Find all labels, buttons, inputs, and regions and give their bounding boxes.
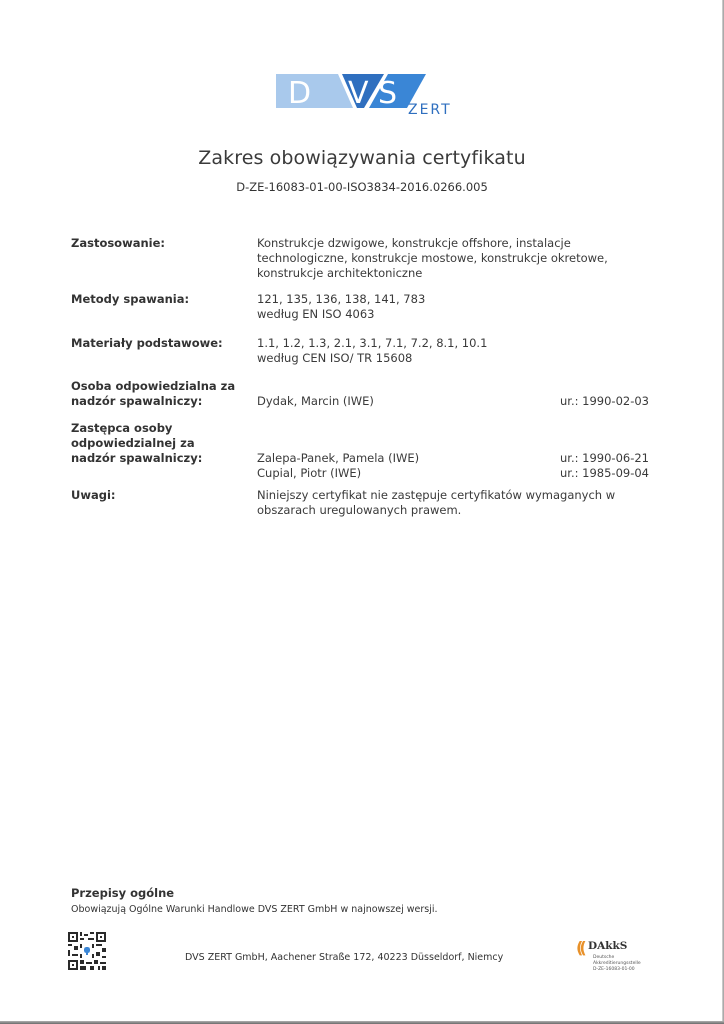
section-value: Niniejszy certyfikat nie zastępuje certy…: [257, 488, 657, 518]
person-row: Zalepa-Panek, Pamela (IWE) ur.: 1990-06-…: [257, 451, 655, 466]
label-line: Zastępca osoby: [71, 421, 251, 436]
label-line: odpowiedzialnej za: [71, 436, 251, 451]
person-dob: ur.: 1990-06-21: [560, 451, 649, 466]
person-dob: ur.: 1985-09-04: [560, 466, 649, 481]
dakks-accreditation-mark: (( DAkkS Deutsche Akkreditierungsstelle …: [576, 936, 656, 978]
label-line: nadzór spawalniczy:: [71, 394, 251, 409]
dakks-line: D-ZE-16083-01-00: [593, 967, 635, 972]
section-label: Materiały podstawowe:: [71, 336, 251, 351]
section-label: Zastosowanie:: [71, 236, 251, 251]
certificate-number: D-ZE-16083-01-00-ISO3834-2016.0266.005: [0, 180, 724, 194]
svg-text:S: S: [378, 76, 397, 111]
company-address: DVS ZERT GmbH, Aachener Straße 172, 4022…: [185, 952, 503, 963]
person-name: Dydak, Marcin (IWE): [257, 394, 374, 408]
value-line: według CEN ISO/ TR 15608: [257, 351, 657, 366]
person-name: Zalepa-Panek, Pamela (IWE): [257, 451, 419, 465]
svg-text:V: V: [348, 76, 369, 111]
certificate-page: D V S ZERT Zakres obowiązywania certyfik…: [0, 0, 724, 1024]
person-row: Cupial, Piotr (IWE) ur.: 1985-09-04: [257, 466, 655, 481]
svg-text:ZERT: ZERT: [408, 102, 452, 116]
person-name: Cupial, Piotr (IWE): [257, 466, 361, 480]
document-title: Zakres obowiązywania certyfikatu: [0, 147, 724, 169]
value-line: konstrukcje architektoniczne: [257, 266, 657, 281]
qr-code-icon: [68, 932, 106, 970]
svg-text:D: D: [288, 76, 311, 111]
dakks-arcs-icon: ((: [576, 938, 583, 957]
value-line: Konstrukcje dzwigowe, konstrukcje offsho…: [257, 236, 657, 251]
value-line: obszarach uregulowanych prawem.: [257, 503, 657, 518]
general-provisions-text: Obowiązują Ogólne Warunki Handlowe DVS Z…: [71, 904, 438, 915]
value-line: technologiczne, konstrukcje mostowe, kon…: [257, 251, 657, 266]
label-line: Osoba odpowiedzialna za: [71, 379, 251, 394]
section-value: 121, 135, 136, 138, 141, 783 według EN I…: [257, 292, 657, 322]
section-label: Uwagi:: [71, 488, 251, 503]
value-line: Niniejszy certyfikat nie zastępuje certy…: [257, 488, 657, 503]
section-label: Metody spawania:: [71, 292, 251, 307]
label-line: nadzór spawalniczy:: [71, 451, 251, 466]
value-line: według EN ISO 4063: [257, 307, 657, 322]
section-label: Zastępca osoby odpowiedzialnej za nadzór…: [71, 421, 251, 466]
section-value: 1.1, 1.2, 1.3, 2.1, 3.1, 7.1, 7.2, 8.1, …: [257, 336, 657, 366]
dakks-line: Deutsche: [593, 955, 614, 960]
dvs-zert-logo: D V S ZERT: [276, 72, 466, 116]
section-value: Zalepa-Panek, Pamela (IWE) ur.: 1990-06-…: [257, 451, 655, 481]
value-line: 1.1, 1.2, 1.3, 2.1, 3.1, 7.1, 7.2, 8.1, …: [257, 336, 657, 351]
section-label: Osoba odpowiedzialna za nadzór spawalnic…: [71, 379, 251, 409]
person-dob: ur.: 1990-02-03: [560, 394, 649, 409]
section-value: Dydak, Marcin (IWE) ur.: 1990-02-03: [257, 394, 655, 409]
value-line: 121, 135, 136, 138, 141, 783: [257, 292, 657, 307]
general-provisions-title: Przepisy ogólne: [71, 886, 174, 900]
person-row: Dydak, Marcin (IWE) ur.: 1990-02-03: [257, 394, 655, 409]
dakks-name: DAkkS: [588, 940, 627, 952]
dakks-line: Akkreditierungsstelle: [593, 961, 641, 966]
section-value: Konstrukcje dzwigowe, konstrukcje offsho…: [257, 236, 657, 281]
